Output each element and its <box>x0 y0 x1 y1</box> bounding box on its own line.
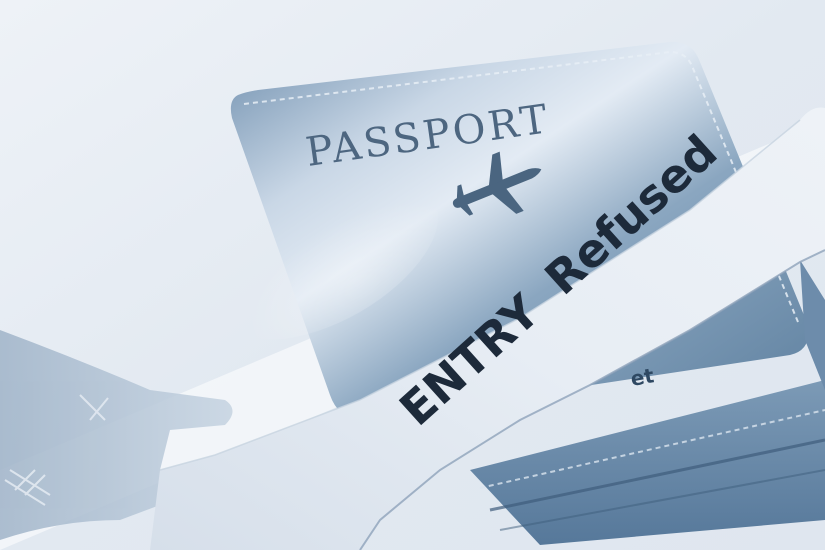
photo-illustration: PASSPORT et ENTRY Refused <box>0 0 825 550</box>
passport-partial-text: et <box>629 363 656 391</box>
photo-scene: PASSPORT et ENTRY Refused <box>0 0 825 550</box>
